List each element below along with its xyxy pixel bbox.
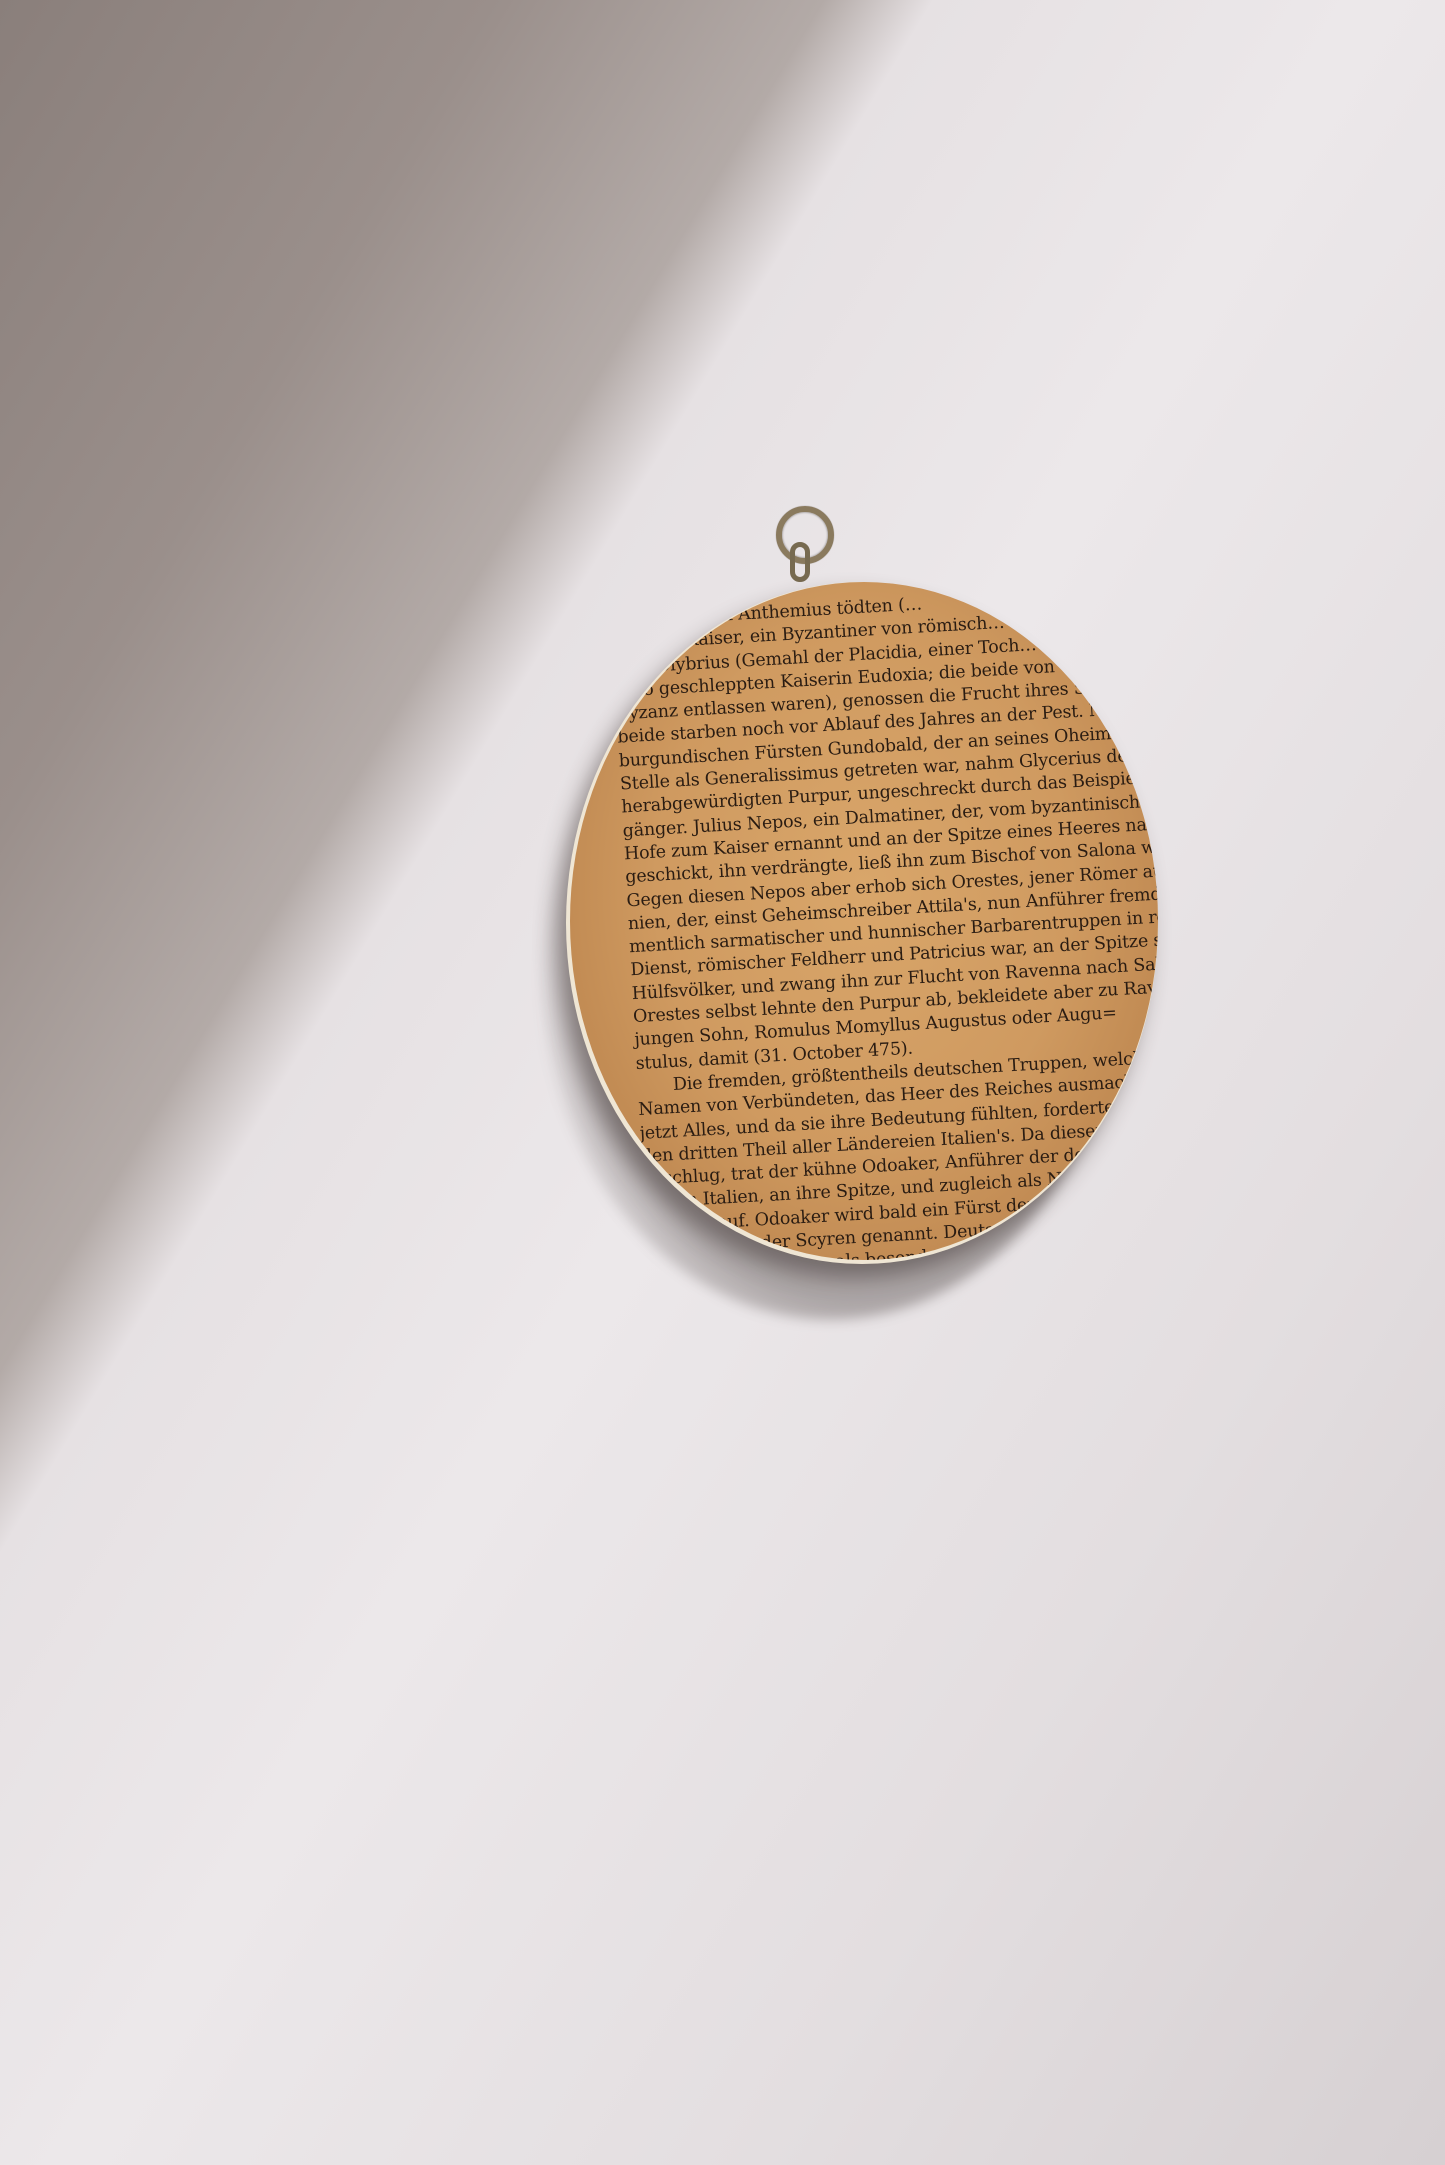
oval-plaque: …andern, den Anthemius tödten (……neuer K… [570, 582, 1158, 1260]
ring-loop [790, 542, 810, 582]
fraktur-text-block: …andern, den Anthemius tödten (……neuer K… [610, 582, 1158, 1260]
